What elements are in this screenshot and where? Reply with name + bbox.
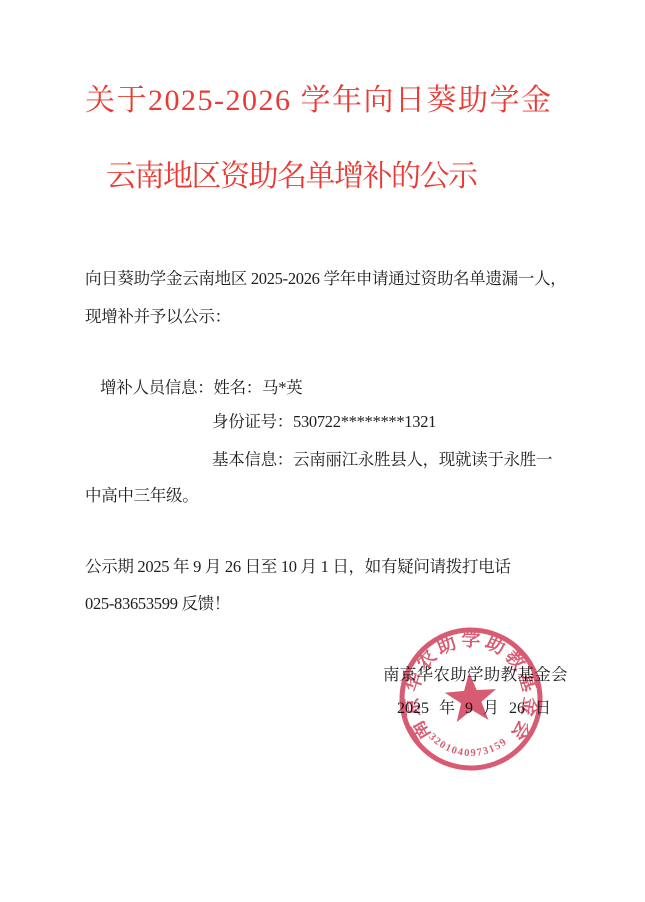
body-line-intro-1: 向日葵助学金云南地区 2025-2026 学年申请通过资助名单遗漏一人，	[85, 269, 566, 289]
signature-date: 2025 年 9 月 26 日	[397, 695, 551, 718]
body-line-contact-phone: 025-83653599 反馈！	[85, 594, 230, 614]
body-line-basic-info-1: 基本信息：云南丽江永胜县人，现就读于永胜一	[212, 450, 552, 470]
body-line-notice-period: 公示期 2025 年 9 月 26 日至 10 月 1 日，如有疑问请拨打电话	[85, 557, 511, 577]
seal-serial-number: 3201040973159	[426, 726, 511, 762]
body-line-person-name: 增补人员信息：姓名：马*英	[100, 378, 302, 398]
document-title-line-2: 云南地区资助名单增补的公示	[106, 160, 477, 193]
announcement-document: 关于2025-2026 学年向日葵助学金 云南地区资助名单增补的公示 向日葵助学…	[0, 0, 645, 902]
seal-ring-text: 南京华农助学助教基金会	[395, 622, 546, 756]
body-line-basic-info-2: 中高中三年级。	[85, 486, 198, 506]
signature-organization: 南京华农助学助教基金会	[383, 661, 568, 685]
document-title-line-1: 关于2025-2026 学年向日葵助学金	[85, 84, 553, 117]
body-line-id-number: 身份证号：530722********1321	[212, 412, 436, 432]
body-line-intro-2: 现增补并予以公示：	[85, 307, 231, 327]
